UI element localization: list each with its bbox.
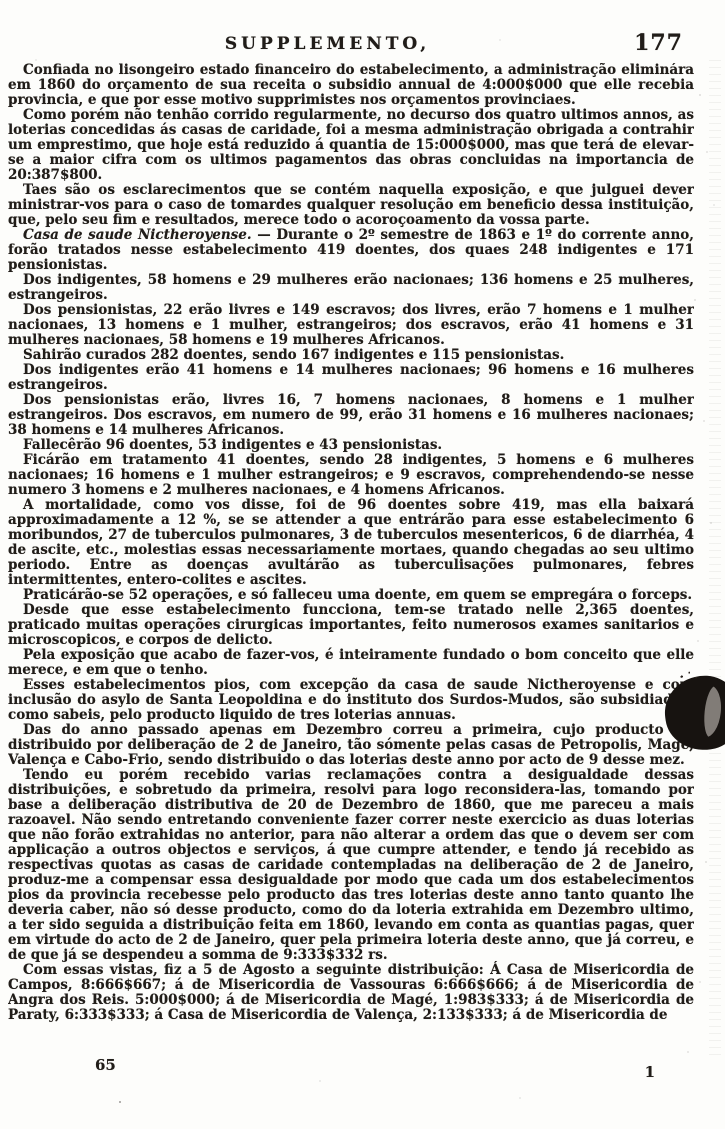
- paragraph: Tendo eu porém recebido varias reclamaçõ…: [8, 768, 694, 963]
- paragraph: Com essas vistas, fiz a 5 de Agosto a se…: [8, 963, 694, 1023]
- paragraph: Dos indigentes, 58 homens e 29 mulheres …: [8, 273, 694, 303]
- paragraph: Das do anno passado apenas em Dezembro c…: [8, 723, 694, 768]
- scan-noise-strip: [709, 60, 721, 1060]
- paragraph: Esses estabelecimentos pios, com excepçã…: [8, 678, 694, 723]
- paragraph: Dos indigentes erão 41 homens e 14 mulhe…: [8, 363, 694, 393]
- paragraph: Dos pensionistas erão, livres 16, 7 home…: [8, 393, 694, 438]
- paragraph: Confiada no lisongeiro estado financeiro…: [8, 63, 694, 108]
- paragraph: Fallecêrão 96 doentes, 53 indigentes e 4…: [8, 438, 694, 453]
- paragraph: Dos pensionistas, 22 erão livres e 149 e…: [8, 303, 694, 348]
- paragraph: Casa de saude Nictheroyense. — Durante o…: [8, 228, 694, 273]
- page-header: SUPPLEMENTO, 177: [0, 34, 725, 64]
- running-title: SUPPLEMENTO,: [0, 34, 655, 54]
- page-body: Confiada no lisongeiro estado financeiro…: [8, 63, 694, 1059]
- paragraph: Taes são os esclarecimentos que se conté…: [8, 183, 694, 228]
- ink-stain-specks: [677, 668, 701, 685]
- paragraph: Desde que esse estabelecimento funcciona…: [8, 603, 694, 648]
- paragraph: Pela exposição que acabo de fazer-vos, é…: [8, 648, 694, 678]
- footer-right-number: 1: [645, 1063, 655, 1081]
- signature-number: 65: [95, 1056, 116, 1074]
- paragraph: Como porém não tenhão corrido regularmen…: [8, 108, 694, 183]
- scanned-document-page: SUPPLEMENTO, 177 Confiada no lisongeiro …: [0, 0, 725, 1129]
- paragraph: Ficárão em tratamento 41 doentes, sendo …: [8, 453, 694, 498]
- paragraph: A mortalidade, como vos disse, foi de 96…: [8, 498, 694, 588]
- section-title-italic: Casa de saude Nictheroyense.: [23, 227, 252, 243]
- paragraph: Praticárão-se 52 operações, e só fallece…: [8, 588, 694, 603]
- ink-stain-highlight: [692, 684, 723, 738]
- paragraph: Sahirão curados 282 doentes, sendo 167 i…: [8, 348, 694, 363]
- page-number: 177: [634, 30, 683, 56]
